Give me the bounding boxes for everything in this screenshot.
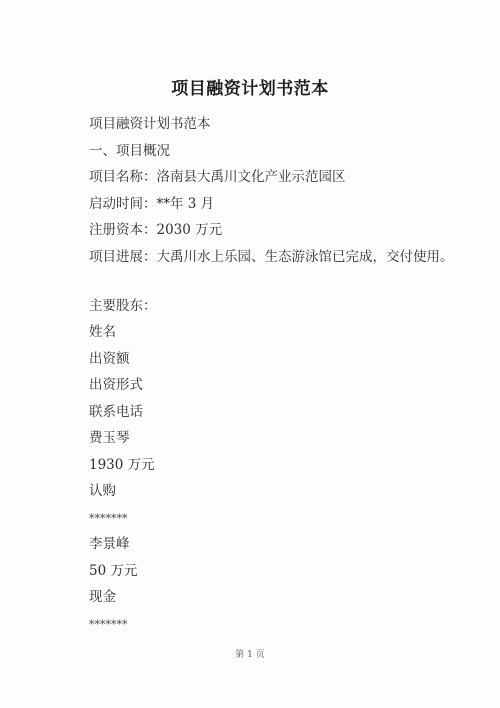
shareholders-heading: 主要股东： (89, 296, 469, 323)
shareholder-2-phone: ******* (89, 614, 469, 641)
page-number: 第 1 页 (0, 647, 500, 660)
shareholder-1-form: 认购 (89, 481, 469, 508)
field-label-name: 姓名 (89, 322, 469, 349)
paragraph-gap (89, 273, 469, 296)
field-label-amount: 出资额 (89, 349, 469, 376)
shareholder-1-phone: ******* (89, 508, 469, 535)
subtitle-line: 项目融资计划书范本 (89, 114, 469, 141)
document-page: 项目融资计划书范本 项目融资计划书范本 一、项目概况 项目名称：洛南县大禹川文化… (0, 0, 500, 708)
shareholder-1-name: 费玉琴 (89, 428, 469, 455)
shareholder-2-amount: 50 万元 (89, 561, 469, 588)
document-body: 项目融资计划书范本 一、项目概况 项目名称：洛南县大禹川文化产业示范园区 启动时… (89, 114, 469, 640)
field-label-form: 出资形式 (89, 375, 469, 402)
registered-capital-line: 注册资本：2030 万元 (89, 220, 469, 247)
shareholder-2-name: 李景峰 (89, 534, 469, 561)
start-time-line: 启动时间：**年 3 月 (89, 194, 469, 221)
document-title: 项目融资计划书范本 (0, 74, 500, 99)
project-name-line: 项目名称：洛南县大禹川文化产业示范园区 (89, 167, 469, 194)
section-heading-project-overview: 一、项目概况 (89, 141, 469, 168)
shareholder-1-amount: 1930 万元 (89, 455, 469, 482)
field-label-phone: 联系电话 (89, 402, 469, 429)
project-progress-line: 项目进展：大禹川水上乐园、生态游泳馆已完成，交付使用。 (89, 247, 469, 274)
shareholder-2-form: 现金 (89, 587, 469, 614)
